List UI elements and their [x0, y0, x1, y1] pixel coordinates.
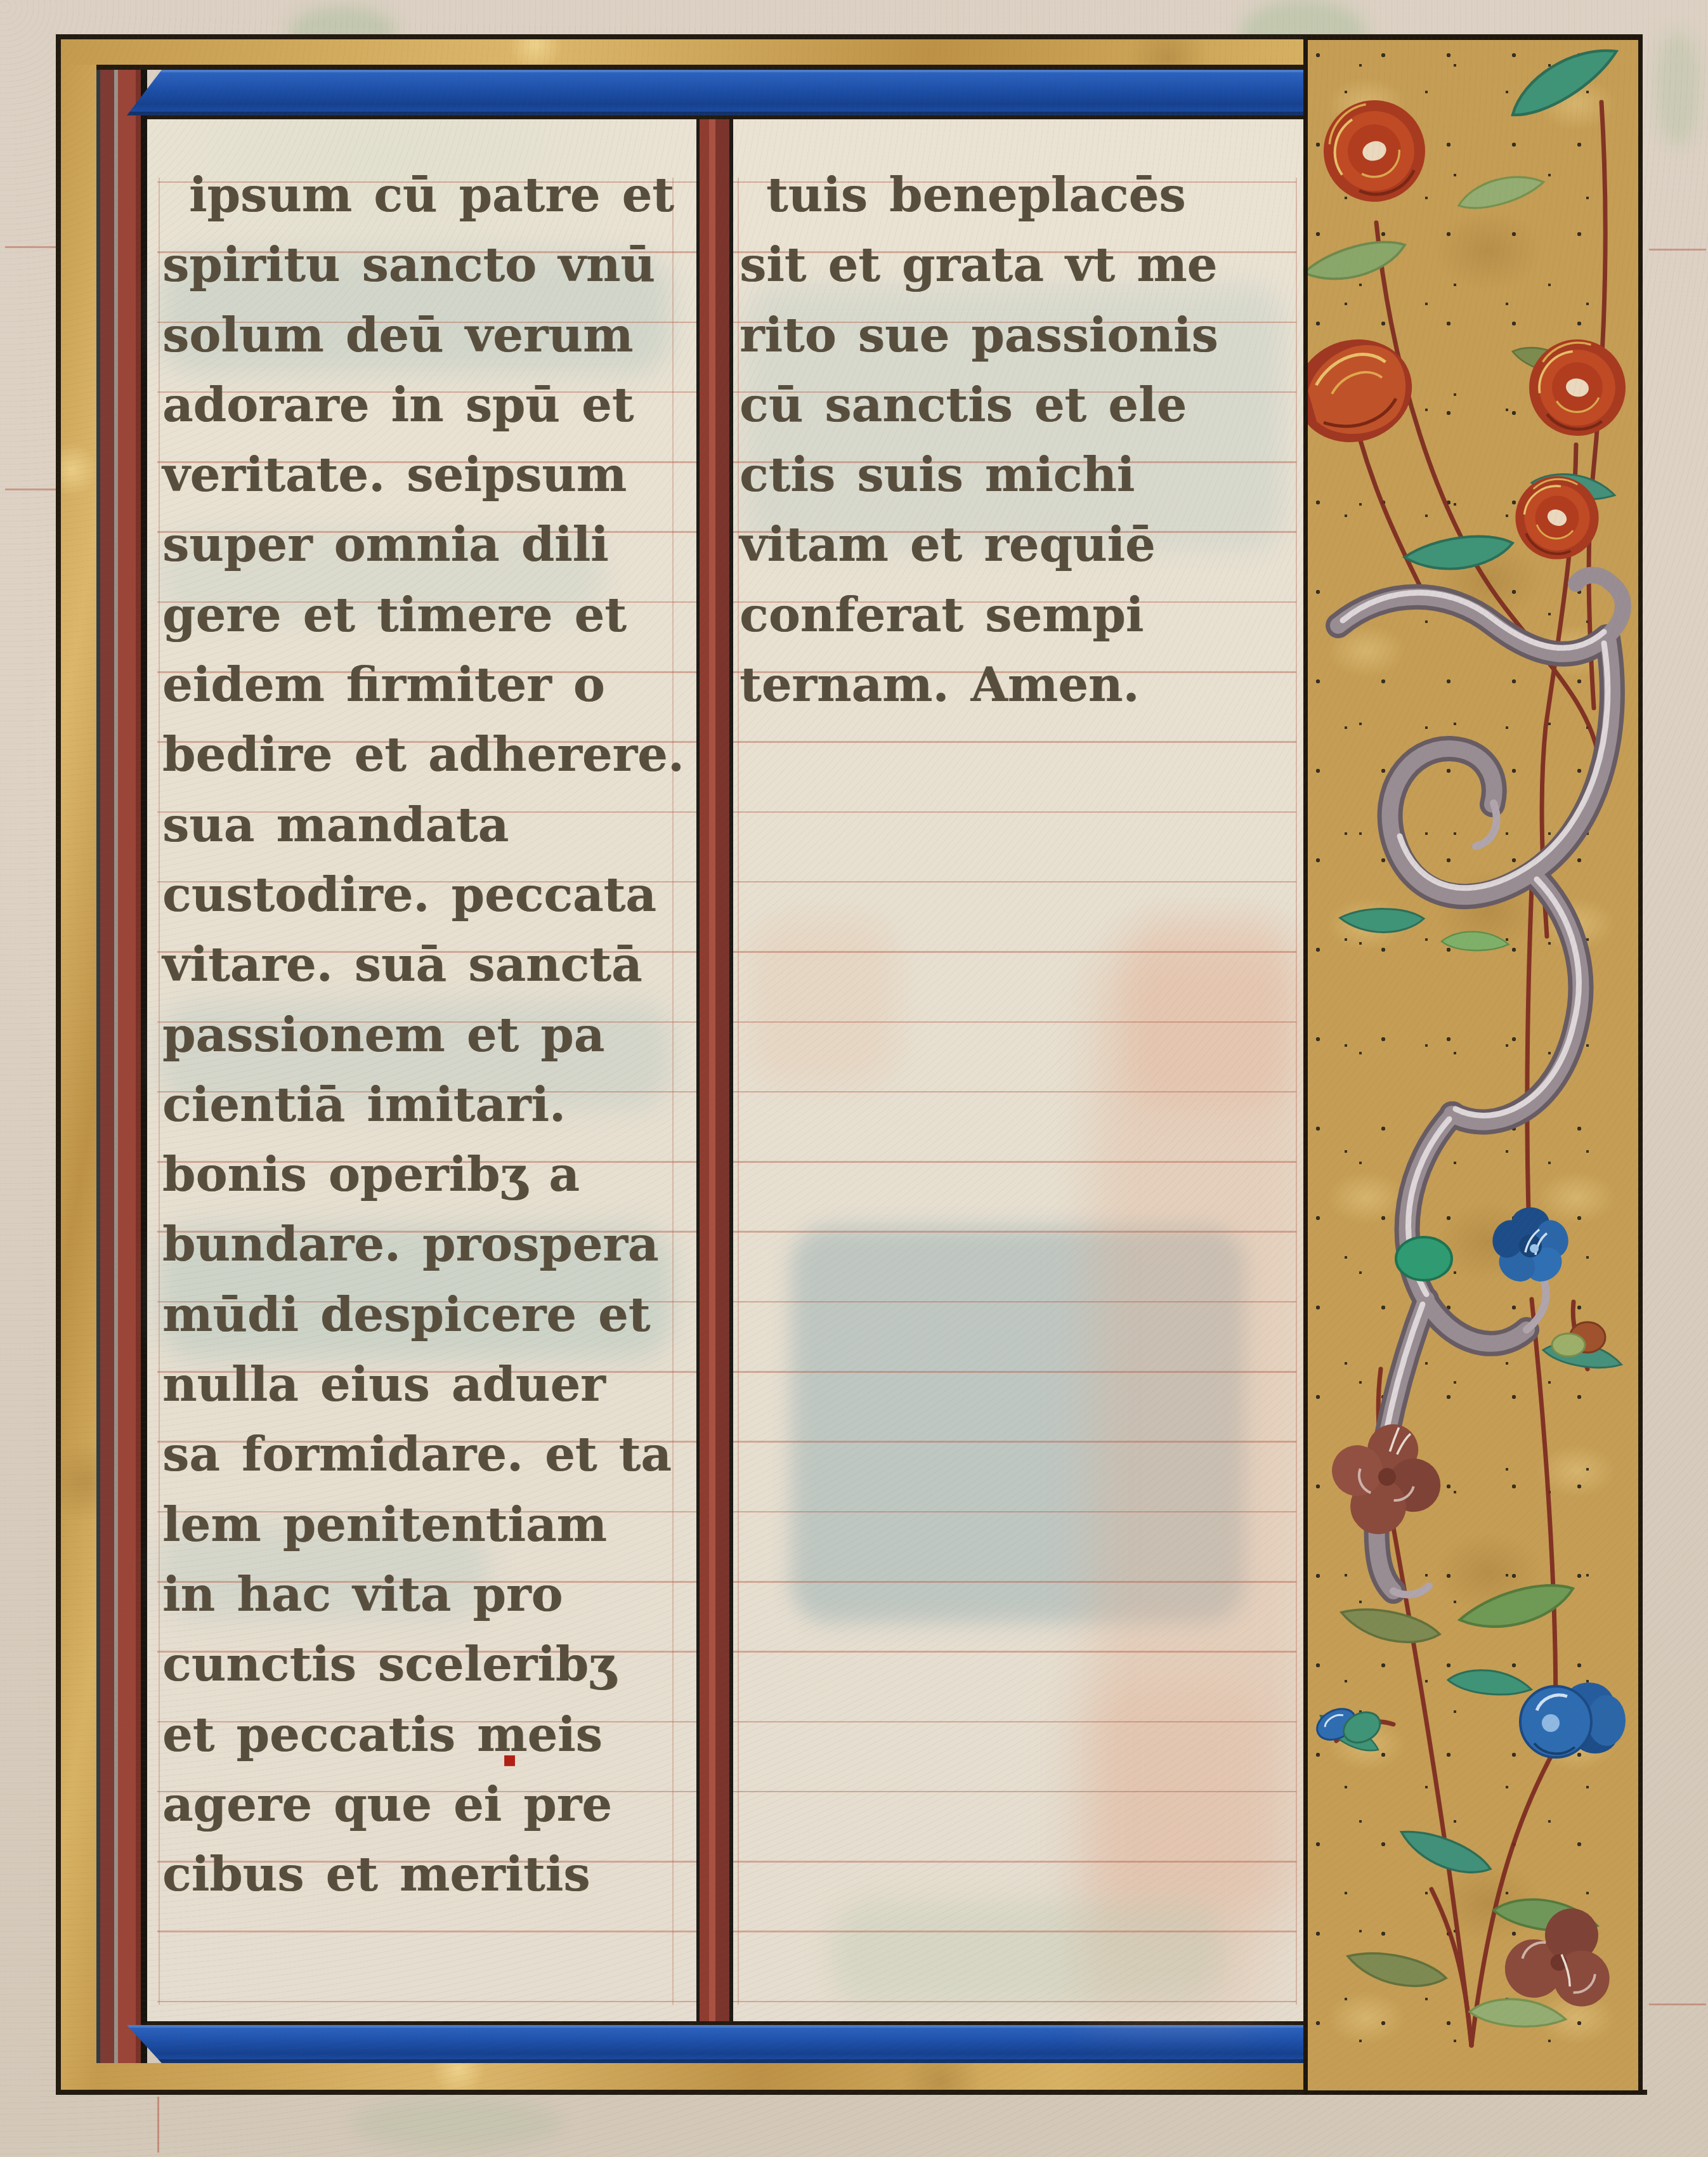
- margin-ruling-mark: [5, 246, 57, 248]
- text-line: lem penitentiam: [162, 1490, 693, 1559]
- text-line: in hac vita pro: [162, 1559, 693, 1629]
- text-line: sa formidare. et ta: [162, 1419, 693, 1489]
- text-line: ternam. Amen.: [740, 650, 1298, 719]
- text-column-right: tuis beneplacēs sit et grata vt me rito …: [740, 160, 1298, 719]
- frame-inner-line-bottom: [96, 2021, 1303, 2025]
- margin-ruling-mark: [5, 488, 57, 490]
- text-line: cū sanctis et ele: [740, 370, 1298, 440]
- border-panel-art: [1303, 36, 1643, 2095]
- text-line: veritate. seipsum: [162, 440, 693, 509]
- text-line: cientiā imitari.: [162, 1070, 693, 1139]
- frame-outer-line-left: [56, 34, 61, 2095]
- orange-rose-partial: [1502, 462, 1612, 572]
- text-line: solum deū verum: [162, 300, 693, 370]
- blue-round-flower: [1520, 1682, 1626, 1757]
- margin-ruling-mark: [157, 2097, 159, 2153]
- text-line: bedire et adherere.: [162, 719, 693, 789]
- column-divider-bar: [696, 119, 733, 2021]
- margin-stain: [352, 2097, 561, 2151]
- red-paragraph-dot: ▪: [502, 1748, 517, 1770]
- frame-inner-line-top: [96, 65, 1303, 70]
- text-line: vitam et requiē: [740, 509, 1298, 579]
- frame-gold-band-bottom: [96, 2063, 1303, 2090]
- vertical-rule: [738, 178, 739, 2005]
- text-line: rito sue passionis: [740, 300, 1298, 370]
- text-line: mūdi despicere et: [162, 1280, 693, 1349]
- text-line: tuis beneplacēs: [740, 160, 1298, 230]
- text-line: spiritu sancto vnū: [162, 230, 693, 299]
- text-line: eidem firmiter o: [162, 650, 693, 719]
- green-berry: [1396, 1237, 1452, 1280]
- decorated-border-panel: [1303, 36, 1643, 2095]
- orange-rose-side-view: [1303, 326, 1424, 456]
- text-line: custodire. peccata: [162, 860, 693, 929]
- text-column-left: ipsum cū patre et spiritu sancto vnū sol…: [162, 160, 693, 1909]
- text-line: bonis operibʒ a: [162, 1139, 693, 1209]
- orange-rose-spiral-top: [1310, 87, 1438, 215]
- text-line: agere que ei pre: [162, 1769, 693, 1839]
- manuscript-page: ipsum cū patre et spiritu sancto vnū sol…: [0, 0, 1708, 2157]
- text-line: sit et grata vt me: [740, 230, 1298, 299]
- text-line: ctis suis michi: [740, 440, 1298, 509]
- text-line: sua mandata: [162, 790, 693, 860]
- text-line: gere et timere et: [162, 580, 693, 650]
- text-line: cibus et meritis: [162, 1839, 693, 1909]
- red-border-bar-left: [96, 70, 147, 2063]
- text-line: cunctis sceleribʒ: [162, 1629, 693, 1699]
- text-line: adorare in spū et: [162, 370, 693, 440]
- blue-five-petal-flower: [1488, 1207, 1574, 1288]
- text-line: vitare. suā sanctā: [162, 929, 693, 999]
- margin-ruling-mark: [1649, 249, 1706, 251]
- text-line: conferat sempi: [740, 580, 1298, 650]
- margin-ruling-mark: [1649, 2003, 1706, 2005]
- margin-stain: [1655, 32, 1700, 146]
- text-line: et peccatis meis: [162, 1700, 693, 1769]
- blue-border-bar-top: [127, 70, 1303, 115]
- vertical-rule: [159, 178, 160, 2005]
- text-line: super omnia dili: [162, 509, 693, 579]
- text-line: nulla eius aduer: [162, 1349, 693, 1419]
- frame-gold-band-left: [61, 65, 96, 2090]
- maroon-four-petal-flower: [1320, 1413, 1452, 1545]
- blue-border-bar-bottom: [127, 2025, 1303, 2063]
- text-line: passionem et pa: [162, 1000, 693, 1070]
- text-line: ipsum cū patre et: [162, 160, 693, 230]
- text-line: bundare. prospera: [162, 1209, 693, 1279]
